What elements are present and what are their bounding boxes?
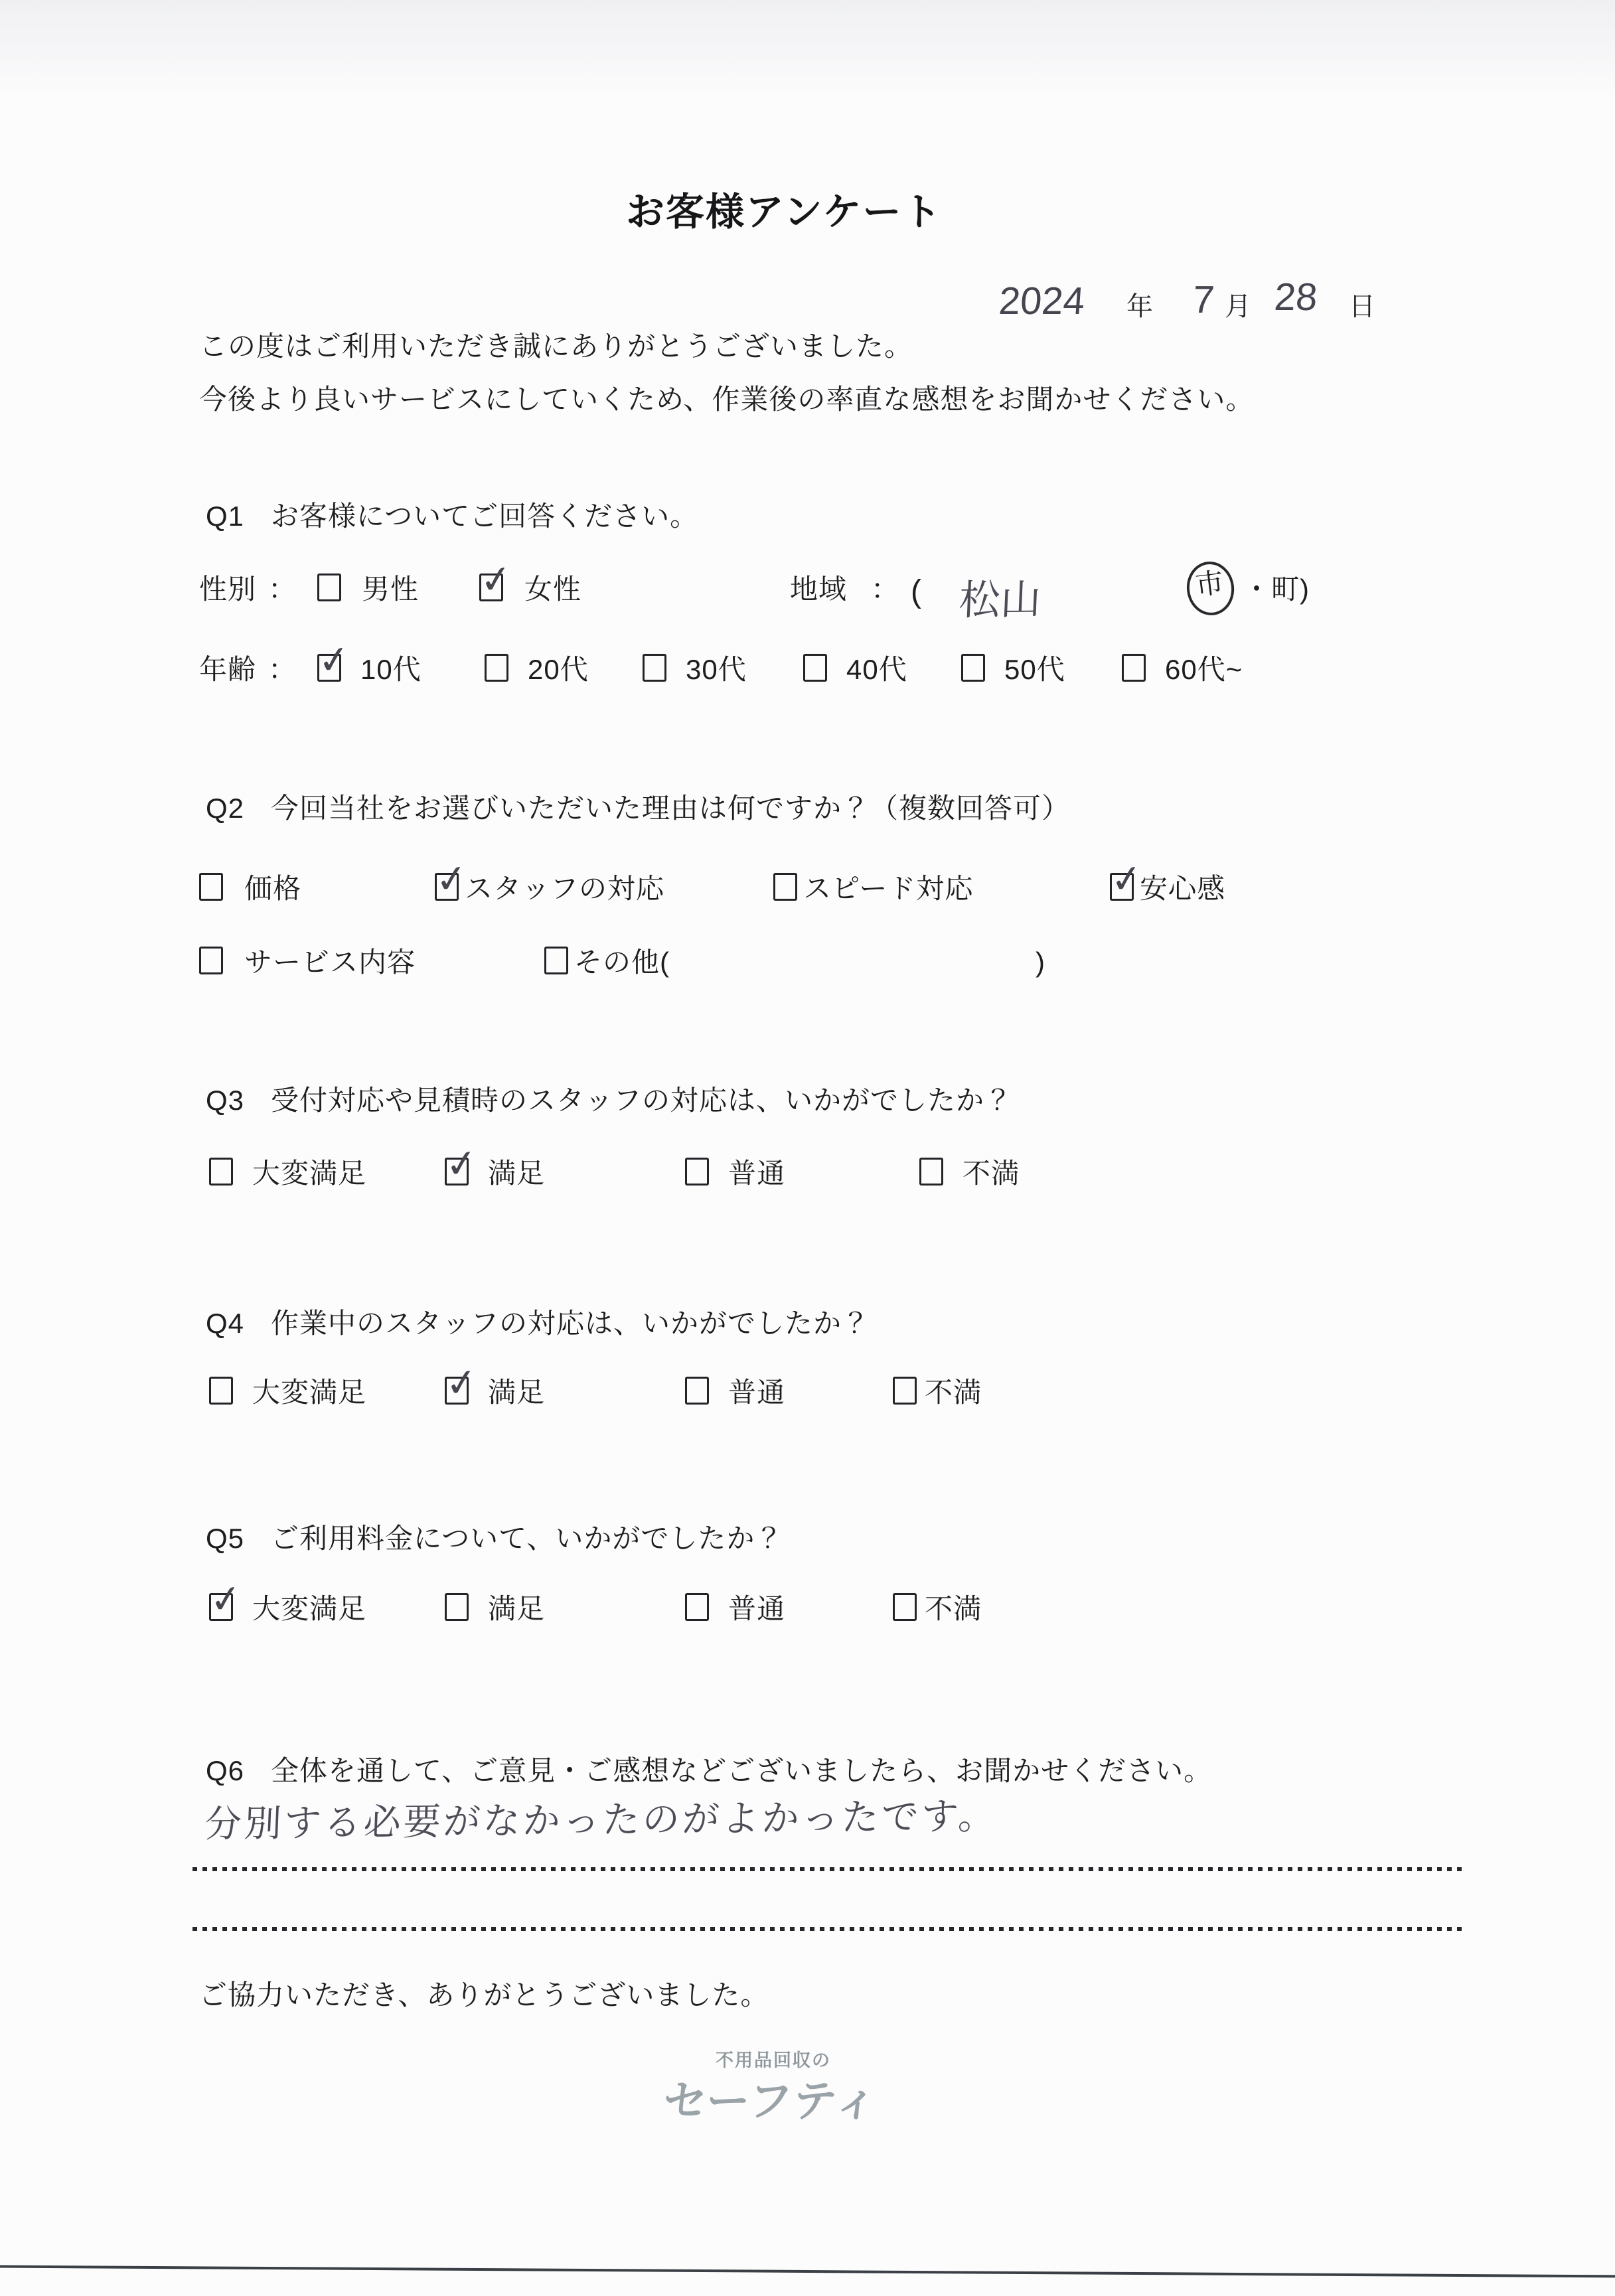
date-month-value: 7 <box>1192 277 1216 322</box>
page-title: お客様アンケート <box>626 181 943 236</box>
closing-text: ご協力いただき、ありがとうございました。 <box>199 1978 769 2013</box>
checkbox-q4-very-satisfied[interactable]: ✓ <box>209 1377 233 1405</box>
q6-question: 全体を通して、ご意見・ご感想などございましたら、お聞かせください。 <box>271 1754 1212 1789</box>
date-year-unit: 年 <box>1126 285 1154 323</box>
date-day-unit: 日 <box>1349 285 1377 323</box>
q5-neutral-label: 普通 <box>728 1592 785 1627</box>
region-circled-text: 市 <box>1193 567 1225 601</box>
answer-line-1 <box>192 1867 1464 1871</box>
checkbox-q5-neutral[interactable]: ✓ <box>685 1593 709 1621</box>
region-open-paren: ( <box>911 572 922 612</box>
scanner-shadow-top <box>0 0 1615 100</box>
intro-line-2: 今後より良いサービスにしていくため、作業後の率直な感想をお聞かせください。 <box>199 382 1254 418</box>
check-mark-icon: ✓ <box>478 560 514 601</box>
checkbox-q2-speed[interactable]: ✓ <box>773 873 797 901</box>
q5-question: ご利用料金について、いかがでしたか？ <box>271 1521 783 1557</box>
q2-other-close-paren: ) <box>1036 945 1045 980</box>
checkbox-age-40s[interactable]: ✓ <box>803 654 827 682</box>
region-label: 地域 <box>790 572 847 607</box>
checkbox-q5-satisfied[interactable]: ✓ <box>445 1593 469 1621</box>
region-value-handwritten: 松山 <box>958 566 1043 626</box>
answer-line-2 <box>192 1927 1464 1931</box>
checkbox-q4-neutral[interactable]: ✓ <box>685 1377 709 1405</box>
checkbox-q3-very-satisfied[interactable]: ✓ <box>209 1158 233 1186</box>
q2-trust-label: 安心感 <box>1140 872 1225 907</box>
checkbox-age-60s[interactable]: ✓ <box>1122 654 1146 682</box>
checkbox-q5-dissatisfied[interactable]: ✓ <box>893 1593 917 1621</box>
checkbox-q2-price[interactable]: ✓ <box>199 873 223 901</box>
q1-label: Q1 <box>206 499 244 534</box>
q4-label: Q4 <box>206 1306 244 1341</box>
checkbox-age-50s[interactable]: ✓ <box>961 654 985 682</box>
checkbox-q3-dissatisfied[interactable]: ✓ <box>919 1158 943 1186</box>
q4-question: 作業中のスタッフの対応は、いかがでしたか？ <box>271 1306 870 1341</box>
gender-female-label: 女性 <box>524 572 581 607</box>
q2-other-label: その他( <box>574 945 670 980</box>
check-mark-icon: ✓ <box>316 640 352 682</box>
q2-price-label: 価格 <box>244 872 301 907</box>
q2-service-label: サービス内容 <box>244 945 416 980</box>
region-colon: ： <box>871 572 899 607</box>
checkbox-gender-male[interactable]: ✓ <box>317 574 341 601</box>
q4-dissatisfied-label: 不満 <box>925 1375 982 1411</box>
q3-satisfied-label: 満足 <box>488 1156 545 1191</box>
checkbox-q2-service[interactable]: ✓ <box>199 947 223 974</box>
checkbox-q4-satisfied[interactable]: ✓ <box>445 1377 469 1405</box>
q2-speed-label: スピード対応 <box>803 872 973 907</box>
q3-dissatisfied-label: 不満 <box>962 1156 1020 1191</box>
age-label: 年齢 <box>199 652 256 688</box>
q2-label: Q2 <box>206 791 244 826</box>
age-60s-label: 60代~ <box>1165 652 1243 688</box>
region-suffix: ・町) <box>1243 572 1310 607</box>
date-month-unit: 月 <box>1225 285 1253 323</box>
q5-very-satisfied-label: 大変満足 <box>252 1592 366 1627</box>
date-year-value: 2024 <box>998 279 1087 323</box>
q4-satisfied-label: 満足 <box>488 1375 545 1411</box>
age-colon: ： <box>268 652 297 688</box>
q3-label: Q3 <box>206 1083 244 1118</box>
date-day-value: 28 <box>1273 275 1319 319</box>
checkbox-q3-satisfied[interactable]: ✓ <box>445 1158 469 1186</box>
checkbox-age-30s[interactable]: ✓ <box>643 654 666 682</box>
age-50s-label: 50代 <box>1004 652 1065 688</box>
check-mark-icon: ✓ <box>443 1363 479 1405</box>
age-30s-label: 30代 <box>686 652 747 688</box>
paper-bottom-edge <box>0 2265 1615 2277</box>
checkbox-q4-dissatisfied[interactable]: ✓ <box>893 1377 917 1405</box>
gender-colon: ： <box>268 572 297 607</box>
q4-very-satisfied-label: 大変満足 <box>252 1375 366 1411</box>
age-40s-label: 40代 <box>846 652 907 688</box>
age-10s-label: 10代 <box>360 652 422 688</box>
checkbox-q3-neutral[interactable]: ✓ <box>685 1158 709 1186</box>
check-mark-icon: ✓ <box>443 1144 479 1186</box>
checkbox-q2-staff[interactable]: ✓ <box>435 873 459 901</box>
q6-answer-handwritten: 分別する必要がなかったのがよかったです。 <box>203 1787 999 1849</box>
check-mark-icon: ✓ <box>208 1579 244 1621</box>
scanned-survey-page: { "icons": { "check_mark": "✓" }, "heade… <box>0 0 1615 2296</box>
q2-staff-label: スタッフの対応 <box>465 872 664 907</box>
gender-label: 性別 <box>199 572 256 607</box>
logo-safety-wordmark: セーフティ <box>661 2066 882 2129</box>
q5-satisfied-label: 満足 <box>488 1592 545 1627</box>
q3-neutral-label: 普通 <box>728 1156 785 1191</box>
q6-label: Q6 <box>206 1754 244 1789</box>
checkbox-age-20s[interactable]: ✓ <box>485 654 508 682</box>
checkbox-age-10s[interactable]: ✓ <box>317 654 341 682</box>
age-20s-label: 20代 <box>528 652 589 688</box>
q1-question: お客様についてご回答ください。 <box>271 499 698 534</box>
checkbox-q2-trust[interactable]: ✓ <box>1110 873 1134 901</box>
checkbox-q5-very-satisfied[interactable]: ✓ <box>209 1593 233 1621</box>
checkbox-gender-female[interactable]: ✓ <box>479 574 503 601</box>
q3-question: 受付対応や見積時のスタッフの対応は、いかがでしたか？ <box>271 1083 1013 1118</box>
q4-neutral-label: 普通 <box>728 1375 785 1411</box>
q2-question: 今回当社をお選びいただいた理由は何ですか？（複数回答可） <box>271 791 1070 826</box>
checkbox-q2-other[interactable]: ✓ <box>544 947 568 974</box>
q5-dissatisfied-label: 不満 <box>925 1592 982 1627</box>
q5-label: Q5 <box>206 1521 244 1557</box>
q3-very-satisfied-label: 大変満足 <box>252 1156 366 1191</box>
gender-male-label: 男性 <box>362 572 419 607</box>
intro-line-1: この度はご利用いただき誠にありがとうございました。 <box>199 329 913 364</box>
region-circled-option: 市 <box>1187 562 1234 615</box>
